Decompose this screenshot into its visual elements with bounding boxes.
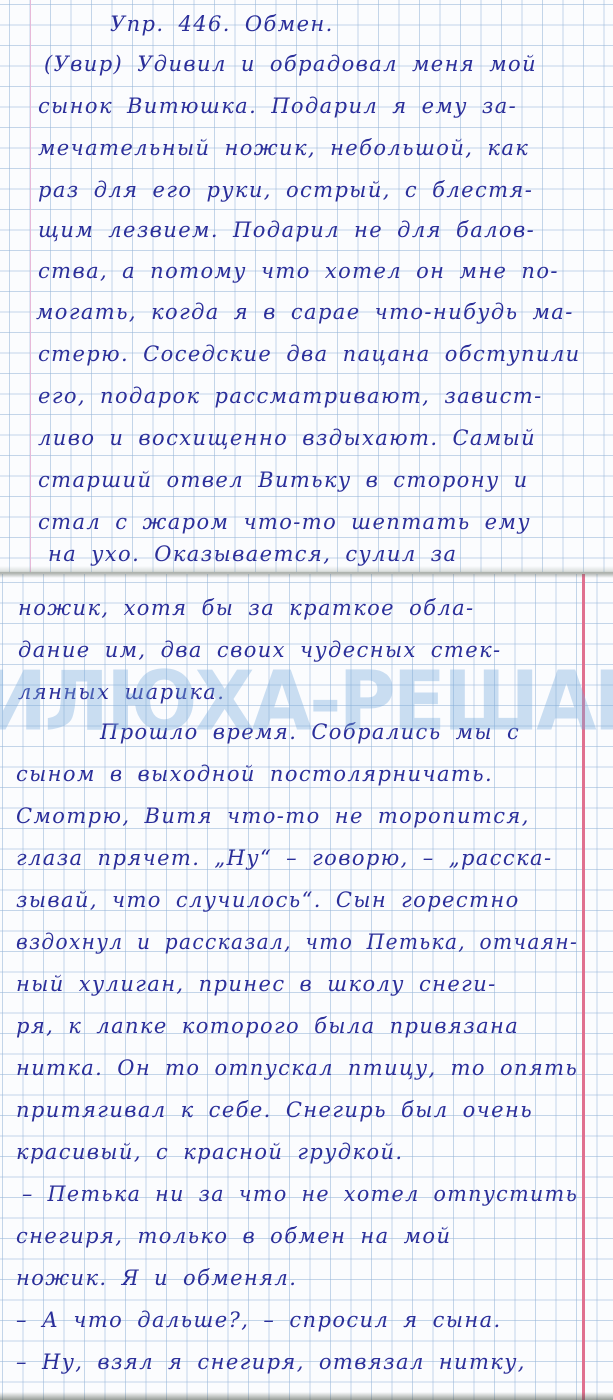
text-line: мечательный ножик, небольшой, как [38,138,529,159]
text-line: – Петька ни за что не хотел отпустить [22,1184,578,1205]
text-line: ножик, хотя бы за краткое обла- [18,598,475,619]
text-line: ный хулиган, принес в школу снеги- [16,974,497,995]
text-line: дание им, два своих чудесных стек- [18,640,502,661]
text-line: раз для его руки, острый, с блестя- [38,180,533,201]
text-line: нитка. Он то отпускал птицу, то опять [16,1058,578,1079]
text-line: старший отвел Витьку в сторону и [38,470,529,491]
notebook-page-top: Упр. 446. Обмен. (Увир) Удивил и обрадов… [0,0,613,572]
text-line: стерю. Соседские два пацана обступили [38,344,581,365]
text-line: – Ну, взял я снегиря, отвязал нитку, [16,1352,526,1373]
text-line: стал с жаром что-то шептать ему [38,512,531,533]
margin-line [30,0,31,572]
margin-line [582,574,585,1400]
text-line: сыном в выходной постолярничать. [16,764,493,785]
text-line: лянных шарика. [18,682,225,703]
text-line: Смотрю, Витя что-то не торопится, [16,806,530,827]
text-line: ря, к лапке которого была привязана [16,1016,519,1037]
exercise-heading: Упр. 446. Обмен. [110,14,334,35]
text-line: ножик. Я и обменял. [16,1268,297,1289]
page-fold [0,566,613,578]
text-line: его, подарок рассматривают, завист- [38,386,543,407]
text-line: глаза прячет. „Ну“ – говорю, – „расска- [16,848,552,869]
text-line: на ухо. Оказывается, сулил за [48,544,457,565]
text-line: могать, когда я в сарае что-нибудь ма- [36,302,574,323]
text-line: вздохнул и рассказал, что Петька, отчаян… [16,932,578,953]
text-line: – А что дальше?, – спросил я сына. [16,1310,502,1331]
text-line: красивый, с красной грудкой. [16,1142,404,1163]
text-line: сынок Витюшка. Подарил я ему за- [38,96,517,117]
text-line: снегиря, только в обмен на мой [16,1226,451,1247]
text-line: щим лезвием. Подарил не для балов- [38,220,535,241]
text-line: притягивал к себе. Снегирь был очень [16,1100,533,1121]
text-line: (Увир) Удивил и обрадовал меня мой [44,54,537,75]
text-line: зывай, что случилось“. Сын горестно [16,890,520,911]
notebook-page-bottom: ножик, хотя бы за краткое обла- дание им… [0,574,613,1400]
text-line: ства, а потому что хотел он мне по- [38,261,559,282]
text-line: Прошло время. Собрались мы с [100,722,520,743]
text-line: ливо и восхищенно вздыхают. Самый [38,428,536,449]
page-edge-shadow [0,1392,613,1400]
